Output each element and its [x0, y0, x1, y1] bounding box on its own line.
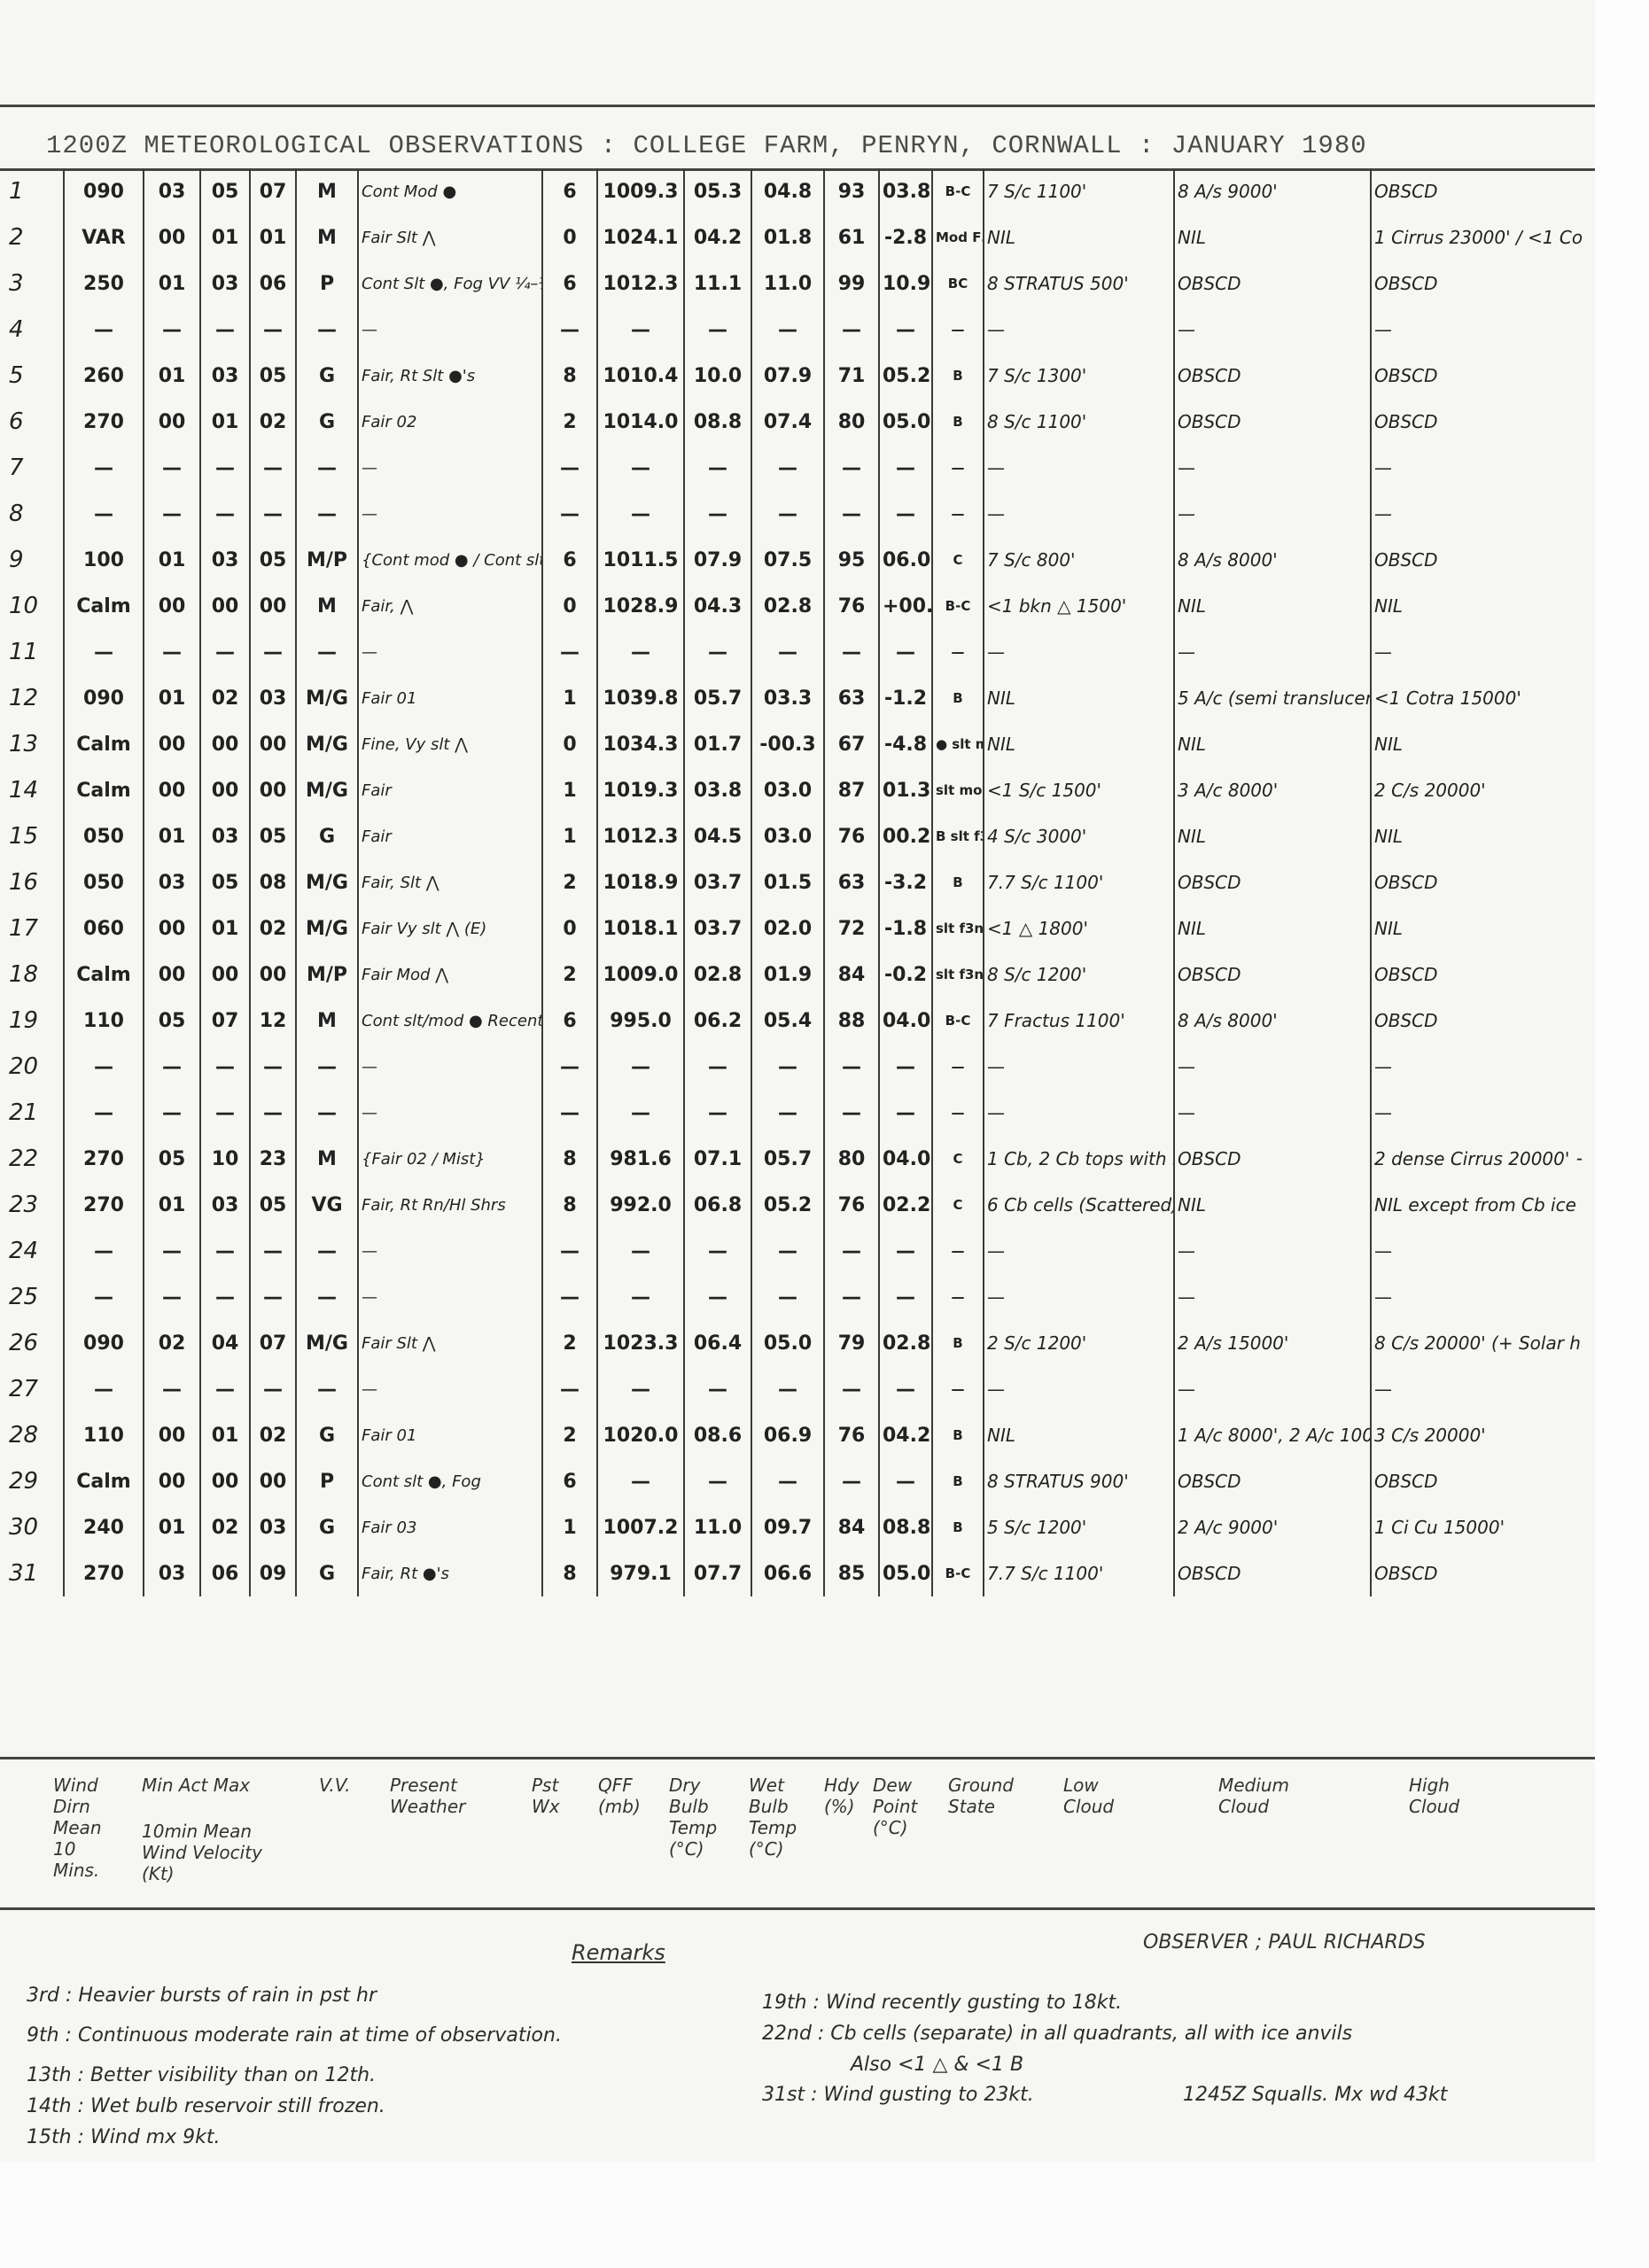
cell-low: — [984, 1274, 1174, 1320]
table-row: 30240010203GFair 0311007.211.009.78408.8… [9, 1504, 1582, 1550]
table-row: 2VAR000101MFair Slt ⋀01024.104.201.861-2… [9, 214, 1582, 260]
cell-act: 03 [200, 1182, 250, 1228]
cell-min: 01 [144, 1182, 200, 1228]
cell-max: 00 [250, 951, 296, 998]
cell-dry: 10.0 [684, 353, 751, 399]
cell-min: — [144, 1228, 200, 1274]
table-row: 7———————————————— [9, 445, 1582, 491]
cell-hdy: — [824, 1366, 879, 1412]
cell-qff: 1010.4 [597, 353, 684, 399]
cell-pst: 2 [542, 399, 597, 445]
legend-qff: QFF (mb) [598, 1775, 641, 1817]
cell-wet: 09.7 [751, 1504, 824, 1550]
cell-dry: — [684, 307, 751, 353]
cell-dir: 050 [64, 859, 144, 905]
table-row: 25———————————————— [9, 1274, 1582, 1320]
cell-hdy: 85 [824, 1550, 879, 1596]
cell-pst: — [542, 1228, 597, 1274]
cell-day: 2 [9, 214, 64, 260]
cell-present: — [358, 1044, 542, 1090]
cell-dew: -3.2 [879, 859, 932, 905]
table-row: 21———————————————— [9, 1090, 1582, 1136]
legend-min-act-max: Min Act Max [142, 1775, 250, 1796]
cell-qff: — [597, 491, 684, 537]
cell-vv: — [296, 1044, 358, 1090]
cell-ground: B-C [932, 583, 984, 629]
cell-ground: slt mod f3n [932, 767, 984, 813]
cell-present: Fair [358, 813, 542, 859]
cell-act: 00 [200, 583, 250, 629]
cell-day: 9 [9, 537, 64, 583]
cell-high: NIL except from Cb ice [1371, 1182, 1582, 1228]
cell-day: 11 [9, 629, 64, 675]
cell-ground: C [932, 1182, 984, 1228]
cell-qff: 1014.0 [597, 399, 684, 445]
cell-vv: G [296, 1412, 358, 1458]
legend-dry-bulb: Dry Bulb Temp (°C) [669, 1775, 717, 1860]
cell-present: Fair Vy slt ⋀ (E) [358, 905, 542, 951]
cell-medium: — [1174, 491, 1371, 537]
cell-ground: B [932, 675, 984, 721]
cell-dew: 03.8 [879, 168, 932, 214]
cell-hdy: 72 [824, 905, 879, 951]
cell-max: — [250, 491, 296, 537]
cell-max: 00 [250, 721, 296, 767]
table-row: 9100010305M/P{Cont mod ● / Cont slt ● ps… [9, 537, 1582, 583]
cell-dew: — [879, 1366, 932, 1412]
cell-pst: 8 [542, 1550, 597, 1596]
cell-medium: — [1174, 1366, 1371, 1412]
cell-low: — [984, 1090, 1174, 1136]
cell-min: 00 [144, 951, 200, 998]
cell-act: 01 [200, 1412, 250, 1458]
cell-dew: 10.9 [879, 260, 932, 307]
table-row: 10Calm000000MFair, ⋀01028.904.302.876+00… [9, 583, 1582, 629]
cell-day: 3 [9, 260, 64, 307]
cell-high: OBSCD [1371, 1550, 1582, 1596]
cell-high: OBSCD [1371, 399, 1582, 445]
cell-day: 28 [9, 1412, 64, 1458]
cell-wet: — [751, 445, 824, 491]
cell-max: 00 [250, 583, 296, 629]
cell-day: 19 [9, 998, 64, 1044]
cell-dew: 05.2 [879, 353, 932, 399]
cell-min: 01 [144, 813, 200, 859]
cell-high: — [1371, 629, 1582, 675]
cell-pst: 0 [542, 721, 597, 767]
cell-dew: — [879, 1274, 932, 1320]
cell-vv: — [296, 491, 358, 537]
cell-wet: 01.8 [751, 214, 824, 260]
cell-wet: 06.9 [751, 1412, 824, 1458]
cell-high: OBSCD [1371, 998, 1582, 1044]
cell-dir: — [64, 307, 144, 353]
legend-present-weather: Present Weather [390, 1775, 465, 1817]
cell-medium: NIL [1174, 214, 1371, 260]
cell-ground: slt f3n [932, 905, 984, 951]
cell-min: 03 [144, 168, 200, 214]
cell-hdy: — [824, 1274, 879, 1320]
cell-present: Fair 02 [358, 399, 542, 445]
cell-dew: — [879, 307, 932, 353]
cell-day: 15 [9, 813, 64, 859]
cell-dir: Calm [64, 767, 144, 813]
cell-min: 01 [144, 675, 200, 721]
cell-vv: M [296, 583, 358, 629]
cell-high: — [1371, 1366, 1582, 1412]
remark-item: 13th : Better visibility than on 12th. [27, 2064, 376, 2086]
table-row: 29Calm000000PCont slt ●, Fog6—————B8 STR… [9, 1458, 1582, 1504]
cell-ground: B [932, 1320, 984, 1366]
cell-high: <1 Cotra 15000' [1371, 675, 1582, 721]
cell-hdy: — [824, 491, 879, 537]
cell-vv: M [296, 168, 358, 214]
cell-dry: — [684, 491, 751, 537]
cell-vv: G [296, 1550, 358, 1596]
table-row: 4———————————————— [9, 307, 1582, 353]
cell-min: 01 [144, 1504, 200, 1550]
cell-dir: Calm [64, 951, 144, 998]
cell-min: — [144, 1366, 200, 1412]
cell-low: NIL [984, 1412, 1174, 1458]
cell-qff: 1023.3 [597, 1320, 684, 1366]
cell-dew: -1.8 [879, 905, 932, 951]
cell-wet: 05.4 [751, 998, 824, 1044]
cell-day: 1 [9, 168, 64, 214]
cell-min: 03 [144, 859, 200, 905]
cell-low: 8 STRATUS 900' [984, 1458, 1174, 1504]
cell-wet: — [751, 1458, 824, 1504]
cell-dir: VAR [64, 214, 144, 260]
cell-high: 3 C/s 20000' [1371, 1412, 1582, 1458]
cell-ground: — [932, 1228, 984, 1274]
cell-high: — [1371, 445, 1582, 491]
cell-dew: — [879, 1458, 932, 1504]
cell-dir: — [64, 629, 144, 675]
cell-dir: 270 [64, 399, 144, 445]
cell-present: Fair 01 [358, 1412, 542, 1458]
cell-medium: — [1174, 445, 1371, 491]
cell-hdy: — [824, 1228, 879, 1274]
cell-pst: — [542, 307, 597, 353]
cell-wet: 03.0 [751, 767, 824, 813]
cell-present: — [358, 1366, 542, 1412]
cell-max: — [250, 1274, 296, 1320]
cell-qff: 995.0 [597, 998, 684, 1044]
cell-hdy: 95 [824, 537, 879, 583]
cell-day: 18 [9, 951, 64, 998]
cell-min: 03 [144, 1550, 200, 1596]
cell-vv: M [296, 998, 358, 1044]
table-row: 15050010305GFair11012.304.503.07600.2B s… [9, 813, 1582, 859]
cell-vv: M/G [296, 721, 358, 767]
cell-act: 00 [200, 721, 250, 767]
cell-wet: 06.6 [751, 1550, 824, 1596]
legend-velocity: 10min Mean Wind Velocity (Kt) [142, 1821, 262, 1884]
table-row: 28110000102GFair 0121020.008.606.97604.2… [9, 1412, 1582, 1458]
cell-ground: — [932, 1090, 984, 1136]
cell-dir: — [64, 1366, 144, 1412]
cell-low: 7.7 S/c 1100' [984, 859, 1174, 905]
legend-ground-state: Ground State [948, 1775, 1014, 1817]
table-row: 5260010305GFair, Rt Slt ●'s81010.410.007… [9, 353, 1582, 399]
cell-wet: 07.4 [751, 399, 824, 445]
cell-dew: -4.8 [879, 721, 932, 767]
cell-hdy: 84 [824, 1504, 879, 1550]
cell-qff: — [597, 307, 684, 353]
cell-ground: — [932, 307, 984, 353]
cell-medium: 3 A/c 8000' [1174, 767, 1371, 813]
cell-vv: — [296, 1366, 358, 1412]
cell-low: — [984, 445, 1174, 491]
cell-ground: — [932, 1274, 984, 1320]
cell-qff: 1039.8 [597, 675, 684, 721]
cell-wet: 03.3 [751, 675, 824, 721]
cell-qff: 992.0 [597, 1182, 684, 1228]
cell-vv: M/G [296, 767, 358, 813]
cell-present: — [358, 1274, 542, 1320]
cell-high: NIL [1371, 583, 1582, 629]
cell-day: 23 [9, 1182, 64, 1228]
cell-qff: 1012.3 [597, 813, 684, 859]
cell-present: Cont Mod ● [358, 168, 542, 214]
scan-margin-right [1595, 0, 1649, 2268]
observation-rows: 1090030507MCont Mod ●61009.305.304.89303… [9, 168, 1582, 1596]
cell-pst: 6 [542, 260, 597, 307]
cell-day: 7 [9, 445, 64, 491]
cell-medium: 1 A/c 8000', 2 A/c 10000' (semi transluc… [1174, 1412, 1371, 1458]
legend-bottom-rule [0, 1907, 1595, 1910]
remark-item: 19th : Wind recently gusting to 18kt. [762, 1992, 1122, 2014]
cell-pst: — [542, 1090, 597, 1136]
cell-max: 02 [250, 399, 296, 445]
cell-ground: B [932, 353, 984, 399]
cell-act: 00 [200, 1458, 250, 1504]
table-row: 26090020407M/GFair Slt ⋀21023.306.405.07… [9, 1320, 1582, 1366]
cell-present: — [358, 1090, 542, 1136]
cell-ground: B [932, 859, 984, 905]
cell-low: NIL [984, 675, 1174, 721]
cell-present: Fair Slt ⋀ [358, 214, 542, 260]
cell-min: 02 [144, 1320, 200, 1366]
cell-ground: C [932, 537, 984, 583]
cell-dry: 08.6 [684, 1412, 751, 1458]
cell-wet: — [751, 1366, 824, 1412]
cell-day: 12 [9, 675, 64, 721]
cell-low: 5 S/c 1200' [984, 1504, 1174, 1550]
cell-high: OBSCD [1371, 951, 1582, 998]
cell-vv: P [296, 1458, 358, 1504]
cell-dir: 250 [64, 260, 144, 307]
cell-pst: 0 [542, 905, 597, 951]
remark-item: 14th : Wet bulb reservoir still frozen. [27, 2095, 385, 2117]
cell-wet: — [751, 1044, 824, 1090]
cell-pst: 6 [542, 1458, 597, 1504]
cell-act: 01 [200, 399, 250, 445]
cell-medium: — [1174, 629, 1371, 675]
cell-present: Fair [358, 767, 542, 813]
cell-dry: — [684, 1228, 751, 1274]
cell-min: 00 [144, 721, 200, 767]
cell-dry: 07.9 [684, 537, 751, 583]
cell-hdy: 88 [824, 998, 879, 1044]
cell-ground: B [932, 1412, 984, 1458]
cell-vv: G [296, 813, 358, 859]
cell-dir: 090 [64, 675, 144, 721]
cell-low: 6 Cb cells (Scattered) [984, 1182, 1174, 1228]
cell-act: 00 [200, 951, 250, 998]
cell-qff: — [597, 445, 684, 491]
cell-vv: M [296, 214, 358, 260]
cell-low: NIL [984, 214, 1174, 260]
cell-max: 08 [250, 859, 296, 905]
legend-low-cloud: Low Cloud [1063, 1775, 1114, 1817]
cell-dir: 090 [64, 1320, 144, 1366]
remark-item: 22nd : Cb cells (separate) in all quadra… [762, 2023, 1352, 2045]
cell-wet: 05.2 [751, 1182, 824, 1228]
cell-wet: — [751, 1274, 824, 1320]
cell-dry: 03.7 [684, 859, 751, 905]
cell-hdy: 63 [824, 859, 879, 905]
legend-pst-wx: Pst Wx [532, 1775, 560, 1817]
cell-min: 00 [144, 767, 200, 813]
cell-qff: — [597, 1366, 684, 1412]
cell-hdy: — [824, 1458, 879, 1504]
cell-dry: — [684, 1044, 751, 1090]
cell-act: 03 [200, 813, 250, 859]
cell-medium: — [1174, 1090, 1371, 1136]
cell-max: — [250, 1090, 296, 1136]
cell-dir: Calm [64, 721, 144, 767]
cell-max: 06 [250, 260, 296, 307]
cell-min: 01 [144, 537, 200, 583]
cell-qff: — [597, 629, 684, 675]
cell-ground: B slt f3n [932, 813, 984, 859]
cell-dew: — [879, 1044, 932, 1090]
cell-high: OBSCD [1371, 260, 1582, 307]
cell-act: 01 [200, 905, 250, 951]
cell-qff: 1034.3 [597, 721, 684, 767]
cell-act: — [200, 491, 250, 537]
cell-high: 2 C/s 20000' [1371, 767, 1582, 813]
cell-low: 7 S/c 1300' [984, 353, 1174, 399]
cell-min: — [144, 445, 200, 491]
cell-min: 01 [144, 353, 200, 399]
observation-table: 1090030507MCont Mod ●61009.305.304.89303… [9, 168, 1582, 1596]
table-row: 6270000102GFair 0221014.008.807.48005.0B… [9, 399, 1582, 445]
cell-dry: 06.4 [684, 1320, 751, 1366]
cell-qff: — [597, 1458, 684, 1504]
cell-dir: — [64, 491, 144, 537]
cell-hdy: 99 [824, 260, 879, 307]
cell-present: Fair 01 [358, 675, 542, 721]
cell-wet: 07.5 [751, 537, 824, 583]
cell-low: 4 S/c 3000' [984, 813, 1174, 859]
legend-wind-dirn: Wind Dirn Mean 10 Mins. [53, 1775, 102, 1881]
cell-dir: 050 [64, 813, 144, 859]
cell-dir: 110 [64, 998, 144, 1044]
cell-pst: 2 [542, 1412, 597, 1458]
cell-dry: — [684, 629, 751, 675]
cell-act: — [200, 1228, 250, 1274]
cell-dry: 03.8 [684, 767, 751, 813]
cell-vv: — [296, 629, 358, 675]
cell-hdy: 93 [824, 168, 879, 214]
cell-low: 7.7 S/c 1100' [984, 1550, 1174, 1596]
cell-day: 5 [9, 353, 64, 399]
cell-dew: 02.2 [879, 1182, 932, 1228]
cell-qff: — [597, 1090, 684, 1136]
cell-ground: B-C [932, 998, 984, 1044]
cell-dry: 04.2 [684, 214, 751, 260]
cell-high: — [1371, 307, 1582, 353]
cell-medium: OBSCD [1174, 1458, 1371, 1504]
cell-present: Fair Mod ⋀ [358, 951, 542, 998]
table-row: 16050030508M/GFair, Slt ⋀21018.903.701.5… [9, 859, 1582, 905]
cell-vv: — [296, 1090, 358, 1136]
cell-max: — [250, 307, 296, 353]
cell-ground: Mod F3n [932, 214, 984, 260]
cell-medium: 8 A/s 9000' [1174, 168, 1371, 214]
cell-high: OBSCD [1371, 859, 1582, 905]
cell-high: NIL [1371, 905, 1582, 951]
cell-min: — [144, 1090, 200, 1136]
cell-act: 03 [200, 260, 250, 307]
cell-act: 06 [200, 1550, 250, 1596]
cell-vv: M/P [296, 951, 358, 998]
cell-dew: — [879, 445, 932, 491]
table-row: 27———————————————— [9, 1366, 1582, 1412]
remark-item: 9th : Continuous moderate rain at time o… [27, 2024, 562, 2047]
cell-day: 22 [9, 1136, 64, 1182]
cell-present: — [358, 1228, 542, 1274]
cell-dew: — [879, 1090, 932, 1136]
cell-wet: 02.0 [751, 905, 824, 951]
cell-dry: — [684, 1458, 751, 1504]
cell-dry: 07.1 [684, 1136, 751, 1182]
cell-day: 10 [9, 583, 64, 629]
cell-qff: 1019.3 [597, 767, 684, 813]
cell-dir: 060 [64, 905, 144, 951]
cell-dry: 04.3 [684, 583, 751, 629]
cell-low: 7 Fractus 1100' [984, 998, 1174, 1044]
cell-vv: M/G [296, 859, 358, 905]
cell-present: Fair, Rt Slt ●'s [358, 353, 542, 399]
cell-ground: B-C [932, 168, 984, 214]
cell-wet: 01.9 [751, 951, 824, 998]
cell-dew: 05.0 [879, 399, 932, 445]
cell-max: 00 [250, 767, 296, 813]
cell-medium: — [1174, 1274, 1371, 1320]
table-row: 13Calm000000M/GFine, Vy slt ⋀01034.301.7… [9, 721, 1582, 767]
cell-max: 05 [250, 537, 296, 583]
cell-wet: — [751, 629, 824, 675]
cell-low: 1 Cb, 2 Cb tops with ice anvils; 4 Cu me… [984, 1136, 1174, 1182]
cell-high: OBSCD [1371, 537, 1582, 583]
cell-day: 14 [9, 767, 64, 813]
cell-wet: 03.0 [751, 813, 824, 859]
table-row: 11———————————————— [9, 629, 1582, 675]
cell-dew: -1.2 [879, 675, 932, 721]
cell-present: Fair Slt ⋀ [358, 1320, 542, 1366]
cell-vv: — [296, 445, 358, 491]
cell-vv: M/G [296, 1320, 358, 1366]
cell-max: 01 [250, 214, 296, 260]
cell-medium: NIL [1174, 813, 1371, 859]
cell-dry: 06.2 [684, 998, 751, 1044]
cell-max: 09 [250, 1550, 296, 1596]
cell-medium: 2 A/c 9000' [1174, 1504, 1371, 1550]
